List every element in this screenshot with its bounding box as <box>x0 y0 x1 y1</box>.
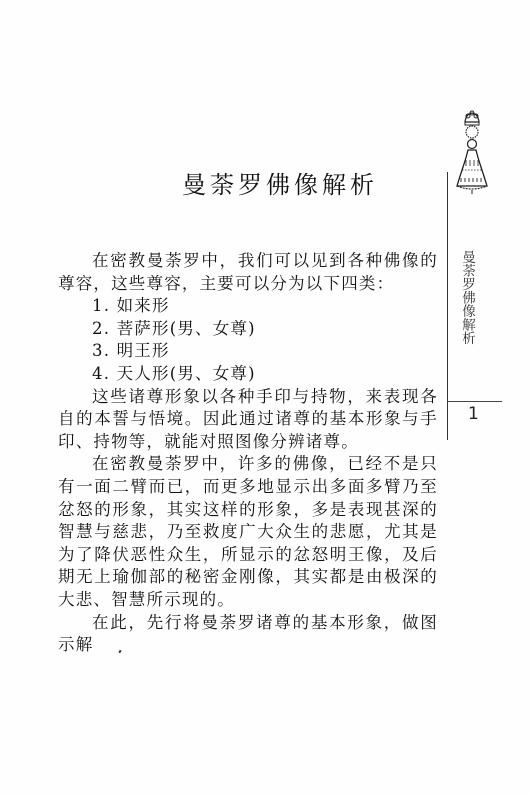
paragraph-intro: 在密教曼荼罗中，我们可以见到各种佛像的尊容，这些尊容，主要可以分为以下四类： <box>58 250 438 295</box>
list-item-bodhisattva: 2. 菩萨形(男、女尊) <box>58 318 438 341</box>
list-item-deva: 4. 天人形(男、女尊) <box>58 363 438 386</box>
running-head: 曼荼罗佛像解析 <box>458 250 476 345</box>
paragraph-closing: 在此，先行将曼荼罗诸尊的基本形象，做图示解 <box>58 612 438 657</box>
list-item-wisdom-king: 3. 明王形 <box>58 340 438 363</box>
book-page: 曼荼罗佛像解析 在密教曼荼罗中，我们可以见到各种佛像的尊容，这些尊容，主要可以分… <box>0 0 529 795</box>
page-number: 1 <box>468 404 479 424</box>
body-text: 在密教曼荼罗中，我们可以见到各种佛像的尊容，这些尊容，主要可以分为以下四类： 1… <box>58 250 438 657</box>
vertical-divider <box>447 172 448 440</box>
chapter-title: 曼荼罗佛像解析 <box>150 165 410 200</box>
horizontal-divider <box>447 401 502 402</box>
list-item-tathagata: 1. 如来形 <box>58 295 438 318</box>
paragraph-mudras: 这些诸尊形象以各种手印与持物，来表现各自的本誓与悟境。因此通过诸尊的基本形象与手… <box>58 386 438 454</box>
bell-icon <box>452 108 492 198</box>
paragraph-forms: 在密教曼荼罗中，许多的佛像，已经不是只有一面二臂而已，而更多地显示出多面多臂乃至… <box>58 453 438 611</box>
